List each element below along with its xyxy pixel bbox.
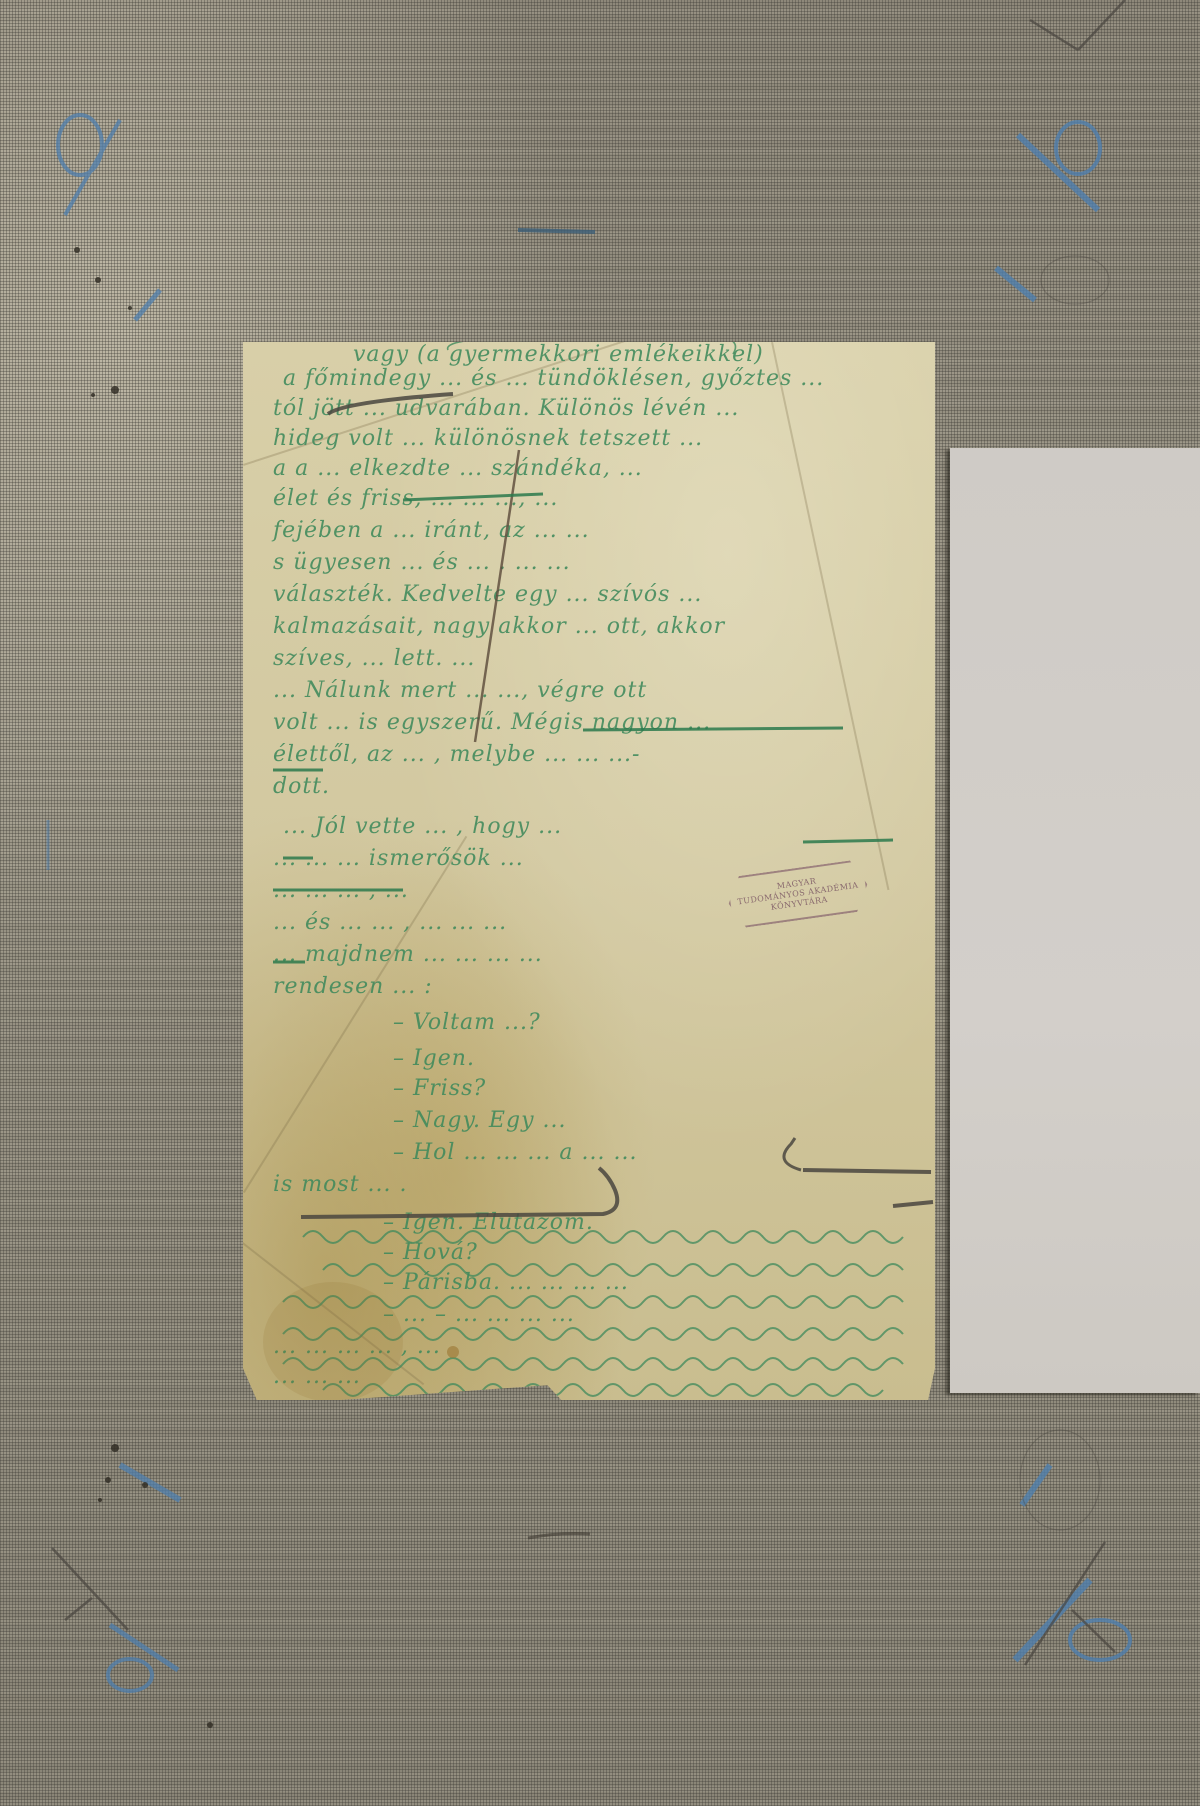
ink-bracket xyxy=(448,342,736,354)
blue-pencil-mark-top-left xyxy=(58,115,160,320)
pencil-mark-top-right xyxy=(1030,0,1125,304)
blue-pencil-mark-top-right xyxy=(996,122,1100,300)
pencil-rule-right xyxy=(803,1170,931,1172)
pencil-rule-edge xyxy=(893,1202,933,1206)
board-holes xyxy=(74,247,132,397)
blue-pencil-mark-bottom-left xyxy=(108,1465,180,1691)
blank-white-card xyxy=(950,448,1200,1393)
stain xyxy=(263,1282,403,1400)
pencil-mark-bottom-right xyxy=(1020,1430,1115,1665)
pencil-mark-bottom-left xyxy=(52,1548,128,1630)
pencil-mark-bottom-center xyxy=(528,1534,590,1539)
pencil-strike xyxy=(328,394,453,414)
pencil-bracket xyxy=(784,1138,801,1170)
blue-pencil-mark-bottom-right xyxy=(1015,1465,1130,1660)
stain xyxy=(447,1346,459,1358)
pencil-rule-left xyxy=(301,1168,617,1217)
pencil-slash xyxy=(475,450,519,742)
pencil-mark-top-center xyxy=(518,230,595,232)
